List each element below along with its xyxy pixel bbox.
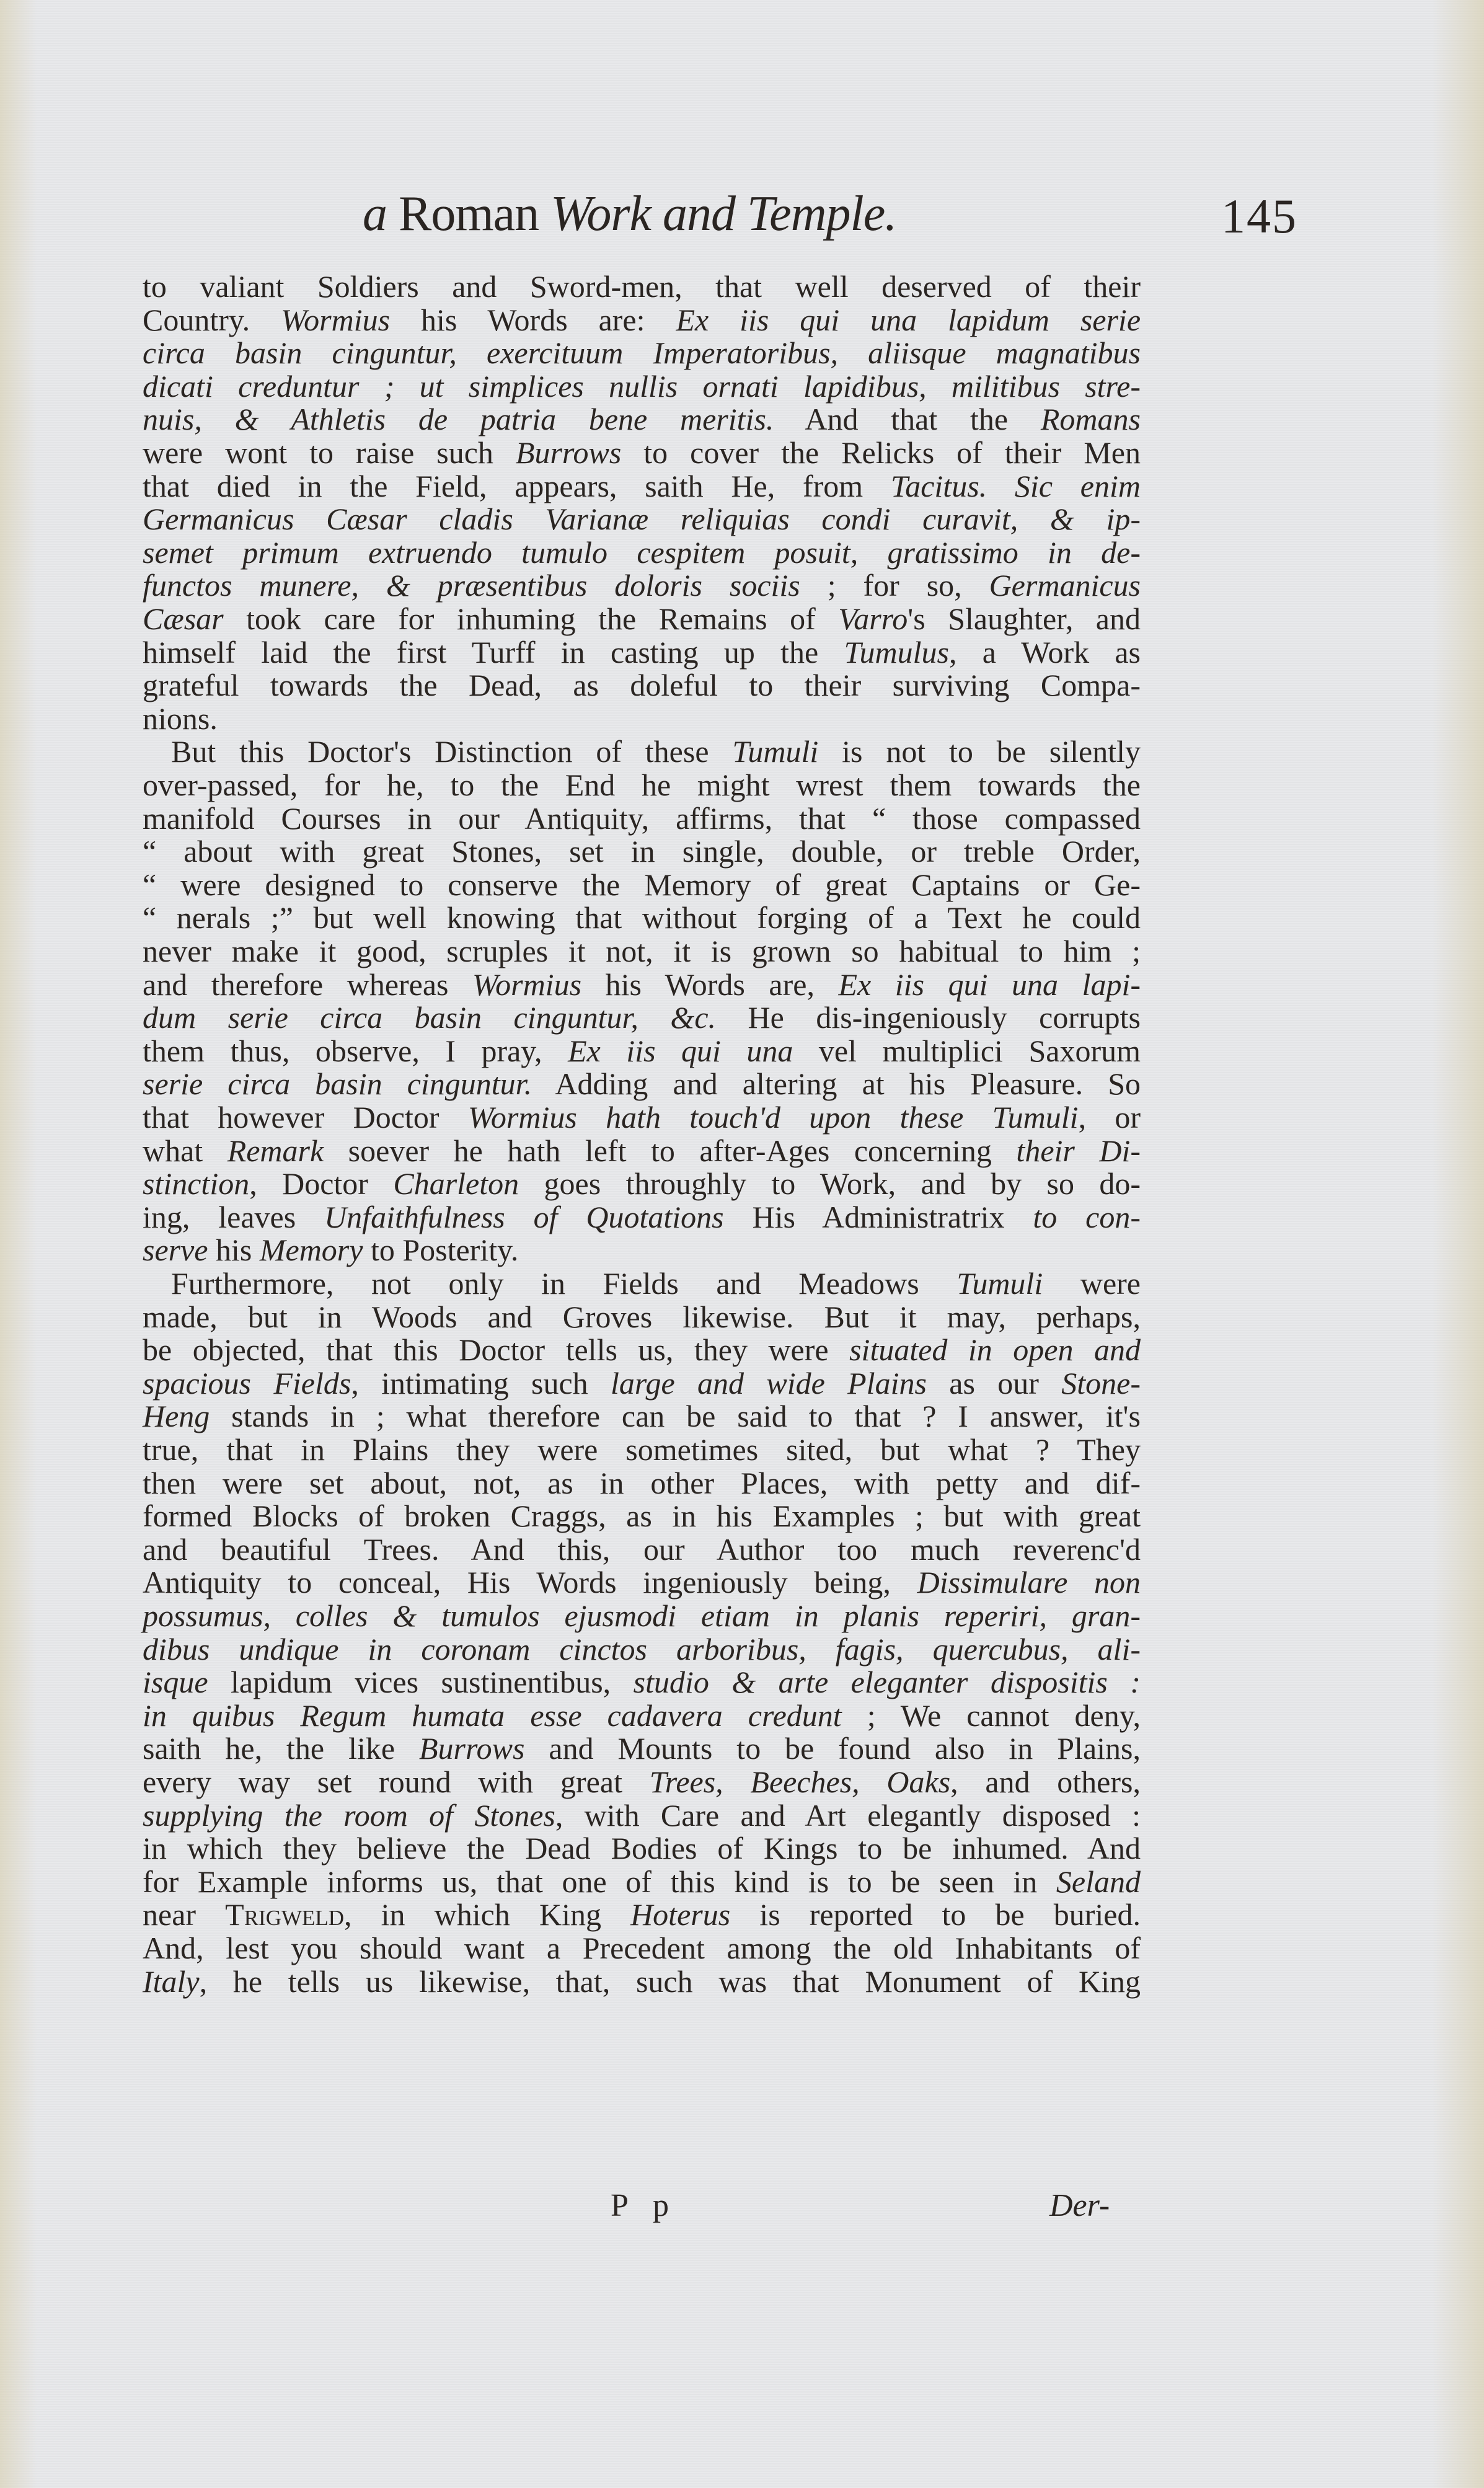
catchword: Der- (1049, 2187, 1110, 2225)
text-line: them thus, observe, I pray, Ex iis qui u… (143, 1034, 1141, 1068)
roman-segment: formed Blocks of broken Craggs, as in hi… (143, 1499, 1141, 1533)
italic-segment: Romans (1041, 402, 1141, 436)
italic-segment: Memory (260, 1233, 363, 1267)
italic-segment: Burrows (419, 1731, 524, 1766)
text-line: And, lest you should want a Precedent am… (143, 1931, 1141, 1965)
roman-segment: that however Doctor (143, 1100, 468, 1135)
italic-segment: Ex iis qui una lapidum serie (676, 303, 1141, 337)
roman-segment: lapidum vices sustinentibus, (208, 1665, 634, 1699)
text-line: dum serie circa basin cinguntur, &c. He … (143, 1001, 1141, 1034)
roman-segment: nions. (143, 701, 218, 736)
book-page: a Roman Work and Temple. 145 to valiant … (0, 0, 1484, 2488)
italic-segment: studio & arte eleganter dispositis : (634, 1665, 1141, 1699)
roman-segment: near (143, 1897, 225, 1932)
text-line: true, that in Plains they were sometimes… (143, 1433, 1141, 1466)
roman-segment: made, but in Woods and Groves likewise. … (143, 1299, 1141, 1334)
roman-segment: is reported to be buried. (730, 1897, 1141, 1932)
italic-segment: Wormius (472, 967, 581, 1002)
text-line: Antiquity to conceal, His Words ingeniou… (143, 1565, 1141, 1599)
italic-segment: isque (143, 1665, 208, 1699)
small-caps-segment: Trigweld (225, 1897, 344, 1932)
text-line: in which they believe the Dead Bodies of… (143, 1831, 1141, 1865)
italic-segment: functos munere, & præsentibus doloris so… (143, 568, 800, 603)
text-line: functos munere, & præsentibus doloris so… (143, 569, 1141, 602)
text-line: manifold Courses in our Antiquity, affir… (143, 802, 1141, 835)
text-line: grateful towards the Dead, as doleful to… (143, 668, 1141, 702)
text-line: over-passed, for he, to the End he might… (143, 768, 1141, 802)
italic-segment: Stone- (1061, 1366, 1141, 1401)
text-line: serie circa basin cinguntur. Adding and … (143, 1067, 1141, 1100)
roman-segment: “ about with great Stones, set in single… (143, 834, 1141, 869)
italic-segment: Seland (1056, 1864, 1141, 1899)
text-line: Italy, he tells us likewise, that, such … (143, 1965, 1141, 1998)
roman-segment: , intimating such (351, 1366, 611, 1401)
text-line: that however Doctor Wormius hath touch'd… (143, 1100, 1141, 1134)
italic-segment: nuis, & Athletis de patria bene meritis. (143, 402, 774, 436)
roman-segment: But this Doctor's Distinction of these (171, 734, 732, 769)
roman-segment: to cover the Relicks of their Men (621, 435, 1141, 470)
roman-segment: stands in ; what therefore can be said t… (210, 1399, 1141, 1433)
roman-segment: soever he hath left to after-Ages concer… (324, 1133, 1016, 1168)
text-line: ing, leaves Unfaithfulness of Quotations… (143, 1200, 1141, 1234)
roman-segment: Furthermore, not only in Fields and Mead… (171, 1266, 956, 1301)
roman-segment: were wont to raise such (143, 435, 516, 470)
text-line: Country. Wormius his Words are: Ex iis q… (143, 303, 1141, 337)
text-line: isque lapidum vices sustinentibus, studi… (143, 1665, 1141, 1699)
roman-segment: over-passed, for he, to the End he might… (143, 768, 1141, 802)
text-line: then were set about, not, as in other Pl… (143, 1466, 1141, 1500)
italic-segment: Wormius (281, 303, 390, 337)
roman-segment: his (208, 1233, 260, 1267)
roman-segment: ; We cannot deny, (842, 1698, 1141, 1733)
text-line: spacious Fields, intimating such large a… (143, 1366, 1141, 1400)
roman-segment: “ were designed to conserve the Memory o… (143, 867, 1141, 902)
text-line: to valiant Soldiers and Sword-men, that … (143, 270, 1141, 303)
italic-segment: possumus, colles & tumulos ejusmodi etia… (143, 1598, 1141, 1633)
text-line: But this Doctor's Distinction of these T… (143, 735, 1141, 768)
roman-segment: ing, leaves (143, 1200, 324, 1234)
italic-segment: circa basin cinguntur, exercituum Impera… (143, 335, 1141, 370)
italic-segment: situated in open and (849, 1332, 1141, 1367)
text-line: “ nerals ;” but well knowing that withou… (143, 901, 1141, 934)
text-line: for Example informs us, that one of this… (143, 1865, 1141, 1898)
text-line: that died in the Field, appears, saith H… (143, 469, 1141, 503)
text-line: dibus undique in coronam cinctos arborib… (143, 1632, 1141, 1666)
text-line: Germanicus Cæsar cladis Varianæ reliquia… (143, 502, 1141, 536)
text-line: serve his Memory to Posterity. (143, 1233, 1141, 1267)
roman-segment: , or (1079, 1100, 1141, 1135)
roman-segment: that died in the Field, appears, saith H… (143, 469, 891, 503)
text-line: nuis, & Athletis de patria bene meritis.… (143, 402, 1141, 436)
roman-segment: is not to be silently (818, 734, 1141, 769)
running-head: a Roman Work and Temple. 145 (0, 180, 1484, 248)
roman-segment: to valiant Soldiers and Sword-men, that … (143, 269, 1141, 304)
italic-segment: Wormius hath touch'd upon these Tumuli (468, 1100, 1079, 1135)
text-line: what Remark soever he hath left to after… (143, 1134, 1141, 1167)
italic-segment: Trees, Beeches, Oaks (650, 1764, 950, 1799)
roman-segment: , in which King (344, 1897, 630, 1932)
roman-segment: his Words are, (581, 967, 838, 1002)
roman-segment: took care for inhuming the Remains of (224, 601, 839, 636)
roman-segment: , with Care and Art elegantly disposed : (555, 1798, 1141, 1833)
text-line: saith he, the like Burrows and Mounts to… (143, 1732, 1141, 1765)
text-line: semet primum extruendo tumulo cespitem p… (143, 536, 1141, 569)
italic-segment: dum serie circa basin cinguntur, &c. (143, 1000, 716, 1035)
roman-segment: for Example informs us, that one of this… (143, 1864, 1056, 1899)
roman-segment: , and others, (950, 1764, 1141, 1799)
text-line: formed Blocks of broken Craggs, as in hi… (143, 1499, 1141, 1533)
roman-segment: And, lest you should want a Precedent am… (143, 1931, 1141, 1965)
roman-segment: true, that in Plains they were sometimes… (143, 1432, 1141, 1467)
roman-segment: ; for so, (800, 568, 989, 603)
italic-segment: Tumuli (956, 1266, 1043, 1301)
signature-mark: P p (611, 2187, 678, 2225)
roman-segment: Adding and altering at his Pleasure. So (532, 1066, 1141, 1101)
italic-segment: Germanicus (989, 568, 1141, 603)
text-line: were wont to raise such Burrows to cover… (143, 436, 1141, 469)
running-head-title: a Roman Work and Temple. (363, 180, 896, 248)
roman-segment: goes throughly to Work, and by so do- (519, 1166, 1141, 1201)
italic-segment: to con- (1033, 1200, 1141, 1234)
italic-segment: Cæsar (143, 601, 224, 636)
italic-segment: Burrows (516, 435, 621, 470)
roman-segment: And that the (774, 402, 1040, 436)
roman-segment: were (1043, 1266, 1141, 1301)
text-line: never make it good, scruples it not, it … (143, 934, 1141, 968)
running-head-part: a (363, 187, 399, 241)
roman-segment: then were set about, not, as in other Pl… (143, 1466, 1141, 1500)
italic-segment: Germanicus Cæsar cladis Varianæ reliquia… (143, 502, 1141, 536)
roman-segment: saith he, the like (143, 1731, 419, 1766)
roman-segment: and Mounts to be found also in Plains, (524, 1731, 1141, 1766)
text-line: every way set round with great Trees, Be… (143, 1765, 1141, 1799)
text-line: and therefore whereas Wormius his Words … (143, 968, 1141, 1001)
roman-segment: grateful towards the Dead, as doleful to… (143, 668, 1141, 702)
roman-segment: , he tells us likewise, that, such was t… (200, 1964, 1141, 1999)
italic-segment: Unfaithfulness of Quotations (324, 1200, 724, 1234)
roman-segment: and therefore whereas (143, 967, 472, 1002)
roman-segment: Antiquity to conceal, His Words ingeniou… (143, 1565, 917, 1600)
roman-segment: His Administratrix (724, 1200, 1033, 1234)
text-line: Cæsar took care for inhuming the Remains… (143, 602, 1141, 635)
roman-segment: vel multiplici Saxorum (793, 1034, 1141, 1068)
italic-segment: their Di- (1016, 1133, 1141, 1168)
italic-segment: dibus undique in coronam cinctos arborib… (143, 1632, 1141, 1667)
roman-segment: Country. (143, 303, 281, 337)
text-line: possumus, colles & tumulos ejusmodi etia… (143, 1599, 1141, 1632)
italic-segment: Varro (838, 601, 908, 636)
italic-segment: Heng (143, 1399, 210, 1433)
italic-segment: in quibus Regum humata esse cadavera cre… (143, 1698, 842, 1733)
italic-segment: Tumuli (732, 734, 818, 769)
roman-segment: them thus, observe, I pray, (143, 1034, 568, 1068)
italic-segment: large and wide Plains (611, 1366, 927, 1401)
text-line: “ about with great Stones, set in single… (143, 834, 1141, 868)
text-line: nions. (143, 702, 1141, 735)
running-head-part: Roman (399, 187, 550, 241)
text-line: supplying the room of Stones, with Care … (143, 1799, 1141, 1832)
italic-segment: Ex iis qui una lapi- (839, 967, 1141, 1002)
roman-segment: He dis-ingeniously corrupts (716, 1000, 1141, 1035)
roman-segment: be objected, that this Doctor tells us, … (143, 1332, 849, 1367)
italic-segment: spacious Fields (143, 1366, 351, 1401)
text-line: Heng stands in ; what therefore can be s… (143, 1399, 1141, 1433)
roman-segment: , a Work as (949, 635, 1141, 670)
roman-segment: as our (927, 1366, 1061, 1401)
italic-segment: dicati creduntur ; ut simplices nullis o… (143, 369, 1141, 404)
text-line: circa basin cinguntur, exercituum Impera… (143, 336, 1141, 370)
roman-segment: to Posterity. (363, 1233, 518, 1267)
italic-segment: Italy (143, 1964, 200, 1999)
running-head-part: Work and Temple. (550, 187, 896, 241)
roman-segment: himself laid the first Turff in casting … (143, 635, 844, 670)
roman-segment: , Doctor (249, 1166, 393, 1201)
text-line: “ were designed to conserve the Memory o… (143, 868, 1141, 901)
italic-segment: supplying the room of Stones (143, 1798, 555, 1833)
roman-segment: in which they believe the Dead Bodies of… (143, 1831, 1141, 1866)
text-line: dicati creduntur ; ut simplices nullis o… (143, 370, 1141, 403)
text-line: in quibus Regum humata esse cadavera cre… (143, 1699, 1141, 1732)
roman-segment: 's Slaughter, and (908, 601, 1141, 636)
text-line: and beautiful Trees. And this, our Autho… (143, 1533, 1141, 1566)
italic-segment: Charleton (393, 1166, 519, 1201)
page-number: 145 (1221, 182, 1297, 250)
text-line: himself laid the first Turff in casting … (143, 635, 1141, 669)
roman-segment: what (143, 1133, 227, 1168)
italic-segment: Remark (227, 1133, 324, 1168)
italic-segment: Tumulus (844, 635, 949, 670)
roman-segment: manifold Courses in our Antiquity, affir… (143, 801, 1141, 836)
italic-segment: serie circa basin cinguntur. (143, 1066, 532, 1101)
roman-segment: his Words are: (390, 303, 676, 337)
text-line: Furthermore, not only in Fields and Mead… (143, 1267, 1141, 1300)
text-line: stinction, Doctor Charleton goes through… (143, 1167, 1141, 1200)
text-line: made, but in Woods and Groves likewise. … (143, 1300, 1141, 1334)
roman-segment: and beautiful Trees. And this, our Autho… (143, 1532, 1141, 1567)
italic-segment: Dissimulare non (917, 1565, 1141, 1600)
italic-segment: Ex iis qui una (568, 1034, 793, 1068)
roman-segment: every way set round with great (143, 1764, 650, 1799)
roman-segment: “ nerals ;” but well knowing that withou… (143, 900, 1141, 935)
text-line: be objected, that this Doctor tells us, … (143, 1333, 1141, 1366)
roman-segment: never make it good, scruples it not, it … (143, 934, 1141, 968)
text-line: near Trigweld, in which King Hoterus is … (143, 1898, 1141, 1931)
italic-segment: Tacitus. Sic enim (891, 469, 1141, 503)
italic-segment: stinction (143, 1166, 249, 1201)
italic-segment: serve (143, 1233, 208, 1267)
italic-segment: Hoterus (630, 1897, 730, 1932)
italic-segment: semet primum extruendo tumulo cespitem p… (143, 535, 1141, 570)
